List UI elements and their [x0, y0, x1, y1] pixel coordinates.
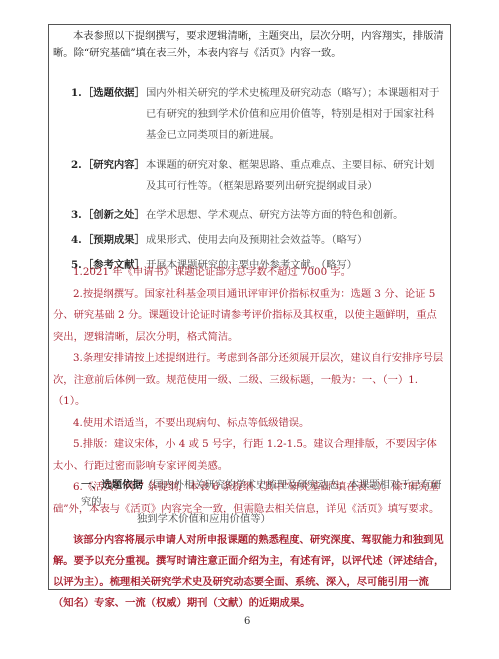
outline-number: 3. — [71, 205, 82, 226]
outline-text: 在学术思想、学术观点、研究方法等方面的特色和创新。 — [146, 205, 440, 226]
section-heading-note-cont: 独到学术价值和应用价值等） — [53, 511, 445, 528]
section-heading-line: 一、选题依据（国内外相关研究的学术史梳理及研究动态；本课题相对于已有研究的 — [53, 477, 445, 511]
outline-label: ［预期成果］ — [83, 230, 145, 251]
outline-text: 本课题的研究对象、框架思路、重点难点、主要目标、研究计划及其可行性等。（框架思路… — [146, 155, 440, 197]
outline-form-box: 本表参照以下提纲撰写，要求逻辑清晰，主题突出，层次分明，内容翔实，排版清晰。除“… — [48, 24, 451, 590]
outline-text: 国内外相关研究的学术史梳理及研究动态（略写）；本课题相对于已有研究的独到学术价值… — [146, 83, 440, 146]
page-number: 6 — [244, 616, 250, 627]
outline-label: ［研究内容］ — [83, 155, 145, 176]
outline-label: ［创新之处］ — [83, 205, 145, 226]
intro-paragraph: 本表参照以下提纲撰写，要求逻辑清晰，主题突出，层次分明，内容翔实，排版清晰。除“… — [53, 28, 445, 62]
outline-label: ［选题依据］ — [83, 83, 145, 104]
section-body: 该部分内容将展示申请人对所申报课题的熟悉程度、研究深度、驾驭能力和独到见解。要予… — [53, 530, 445, 614]
section-topic-basis: 一、选题依据（国内外相关研究的学术史梳理及研究动态；本课题相对于已有研究的 独到… — [53, 477, 445, 614]
outline-number: 1. — [71, 83, 82, 104]
section-heading: 一、选题依据 — [81, 479, 143, 491]
outline-number: 2. — [71, 155, 82, 176]
note-item: 5.排版：建议宋体，小 4 或 5 号字，行距 1.2-1.5。建议合理排版，不… — [53, 434, 445, 477]
outline-text: 成果形式、使用去向及预期社会效益等。（略写） — [146, 230, 440, 251]
note-item: 2.按提纲撰写。国家社科基金项目通讯评审评价指标权重为：选题 3 分、论证 5 … — [53, 284, 445, 349]
note-item: 3.条理安排请按上述提纲进行。考虑到各部分还须展开层次，建议自行安排序号层次，注… — [53, 348, 445, 413]
note-item: 1.2021 年《申请书》课题论证部分总字数不超过 7000 字。 — [53, 262, 445, 284]
outline-number: 4. — [71, 230, 82, 251]
note-item: 4.使用术语适当，不要出现病句、标点等低级错误。 — [53, 413, 445, 435]
